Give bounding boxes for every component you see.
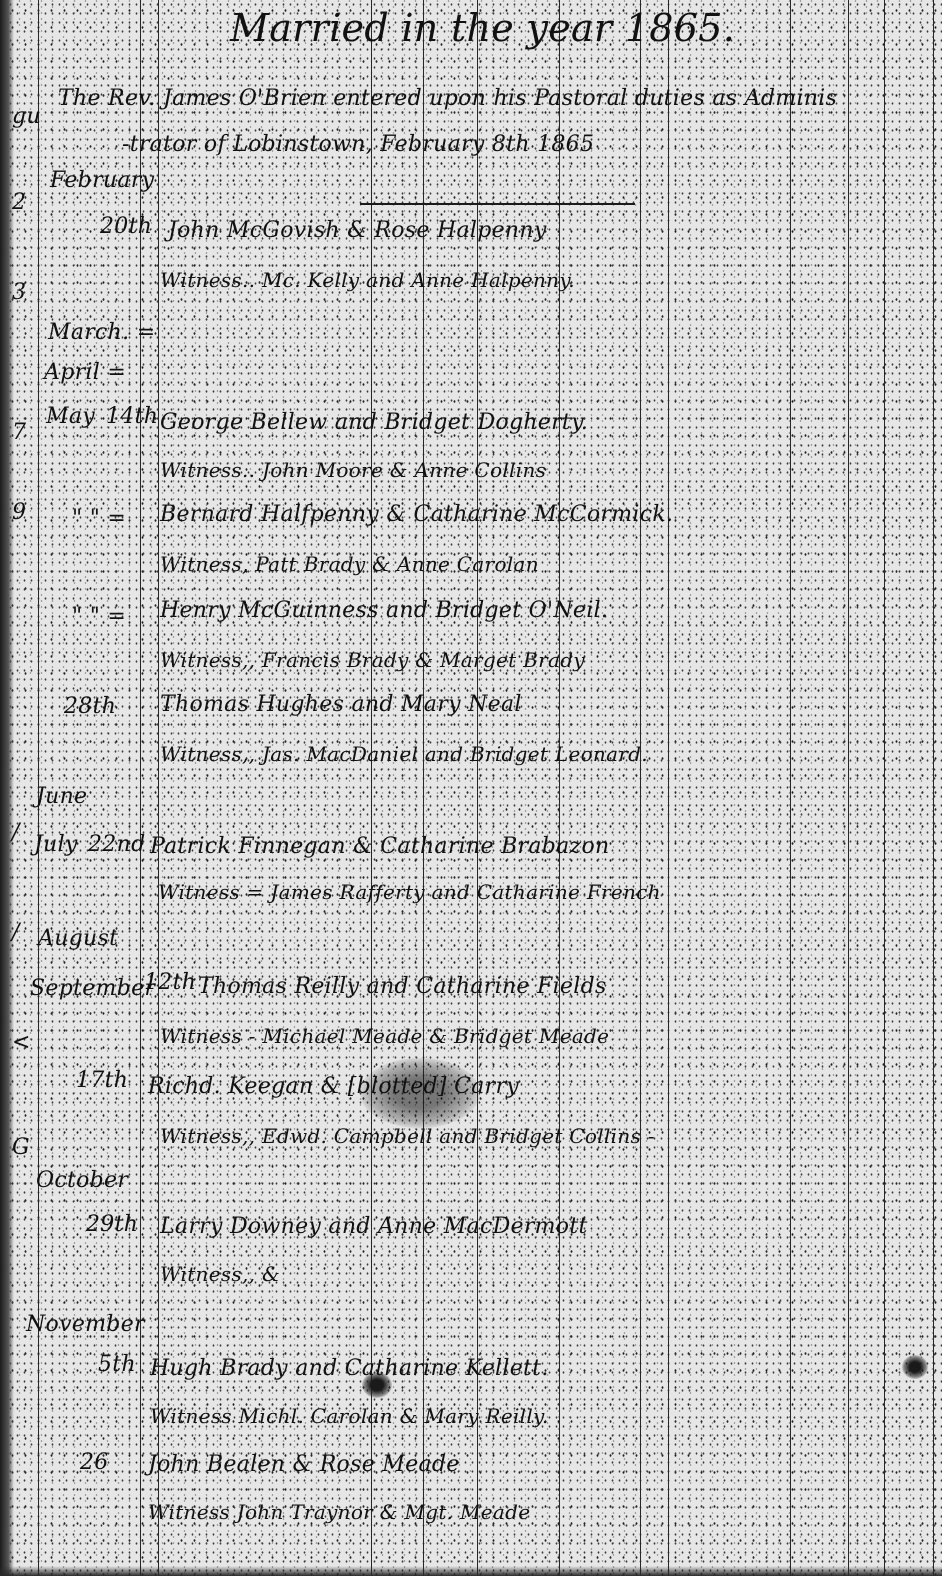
entry-witnesses: Witness,, &	[160, 1262, 280, 1286]
entry-day: 26	[80, 1450, 109, 1475]
entry-couple: Hugh Brady and Catharine Kellett.	[150, 1356, 549, 1381]
entry-couple: John Bealen & Rose Meade	[148, 1452, 460, 1477]
margin-mark: G	[12, 1135, 30, 1160]
entry-witnesses: Witness.. Mc. Kelly and Anne Halpenny.	[160, 268, 575, 292]
month-no-entries: April =	[44, 360, 126, 385]
month-no-entries: June	[36, 784, 87, 809]
entry-couple: Richd. Keegan & [blotted] Carry	[148, 1074, 519, 1099]
entry-day: " " =	[72, 604, 126, 629]
page-bottom-edge	[0, 1566, 942, 1576]
entry-day: 20th	[100, 214, 152, 239]
column-rule	[790, 0, 791, 1576]
entry-couple: Henry McGuinness and Bridget O'Neil.	[160, 598, 608, 623]
entry-day: 29th	[86, 1212, 138, 1237]
margin-mark: 2	[12, 190, 26, 215]
entry-month: September	[30, 976, 155, 1001]
entry-day: 22nd	[88, 832, 145, 857]
entry-witnesses: Witness, Patt Brady & Anne Carolan	[160, 552, 539, 576]
column-rule	[933, 0, 934, 1576]
entry-couple: John McGovish & Rose Halpenny	[168, 218, 547, 243]
page-title: Married in the year 1865.	[230, 6, 735, 50]
entry-month: May	[46, 404, 95, 429]
entry-witnesses: Witness.. John Moore & Anne Collins	[160, 458, 546, 482]
column-rule	[158, 0, 159, 1576]
entry-couple: Patrick Finnegan & Catharine Brabazon	[150, 834, 609, 859]
entry-witnesses: Witness,, Edwd. Campbell and Bridget Col…	[160, 1124, 655, 1148]
column-rule	[884, 0, 885, 1576]
margin-mark: 9	[12, 500, 26, 525]
entry-day: 5th	[98, 1352, 136, 1377]
entry-month: July	[34, 832, 78, 857]
margin-mark: 7	[12, 420, 26, 445]
ink-blot	[902, 1355, 928, 1379]
entry-witnesses: Witness Michl. Carolan & Mary Reilly.	[150, 1404, 549, 1428]
entry-day: 28th	[64, 694, 116, 719]
section-divider	[360, 203, 635, 205]
margin-mark: gu	[12, 104, 41, 129]
margin-mark: <	[12, 1030, 31, 1055]
book-binding-shadow	[0, 0, 14, 1576]
entry-couple: Thomas Hughes and Mary Neal	[160, 692, 522, 717]
entry-witnesses: Witness,, Francis Brady & Marget Brady	[160, 648, 585, 672]
entry-day: 12th	[144, 970, 196, 995]
entry-witnesses: Witness = James Rafferty and Catharine F…	[158, 880, 661, 904]
column-rule	[848, 0, 849, 1576]
entry-day: 17th	[76, 1068, 128, 1093]
entry-witnesses: Witness - Michael Meade & Bridget Meade	[160, 1024, 609, 1048]
margin-mark: /	[12, 920, 20, 945]
entry-witnesses: Witness,, Jas. MacDaniel and Bridget Leo…	[160, 742, 648, 766]
entry-day: 14th	[106, 404, 158, 429]
entry-day: " " =	[72, 506, 126, 531]
column-rule	[559, 0, 560, 1576]
entry-couple: George Bellew and Bridget Dogherty.	[160, 410, 588, 435]
margin-mark: 3	[12, 280, 26, 305]
entry-couple: Larry Downey and Anne MacDermott	[160, 1214, 588, 1239]
entry-month: October	[36, 1168, 128, 1193]
entry-witnesses: Witness John Traynor & Mgt. Meade	[148, 1500, 530, 1524]
month-no-entries: August	[38, 926, 118, 951]
intro-line: The Rev. James O'Brien entered upon his …	[58, 86, 837, 111]
entry-couple: Bernard Halfpenny & Catharine McCormick.	[160, 502, 673, 527]
column-rule	[668, 0, 669, 1576]
intro-line: -trator of Lobinstown, February 8th 1865	[122, 132, 594, 157]
column-rule	[640, 0, 641, 1576]
entry-couple: Thomas Reilly and Catharine Fields	[198, 974, 607, 999]
margin-mark: /	[12, 820, 20, 845]
month-no-entries: March. =	[48, 320, 155, 345]
register-page: Married in the year 1865. The Rev. James…	[0, 0, 942, 1576]
entry-month: November	[26, 1312, 145, 1337]
entry-month: February	[50, 168, 154, 193]
